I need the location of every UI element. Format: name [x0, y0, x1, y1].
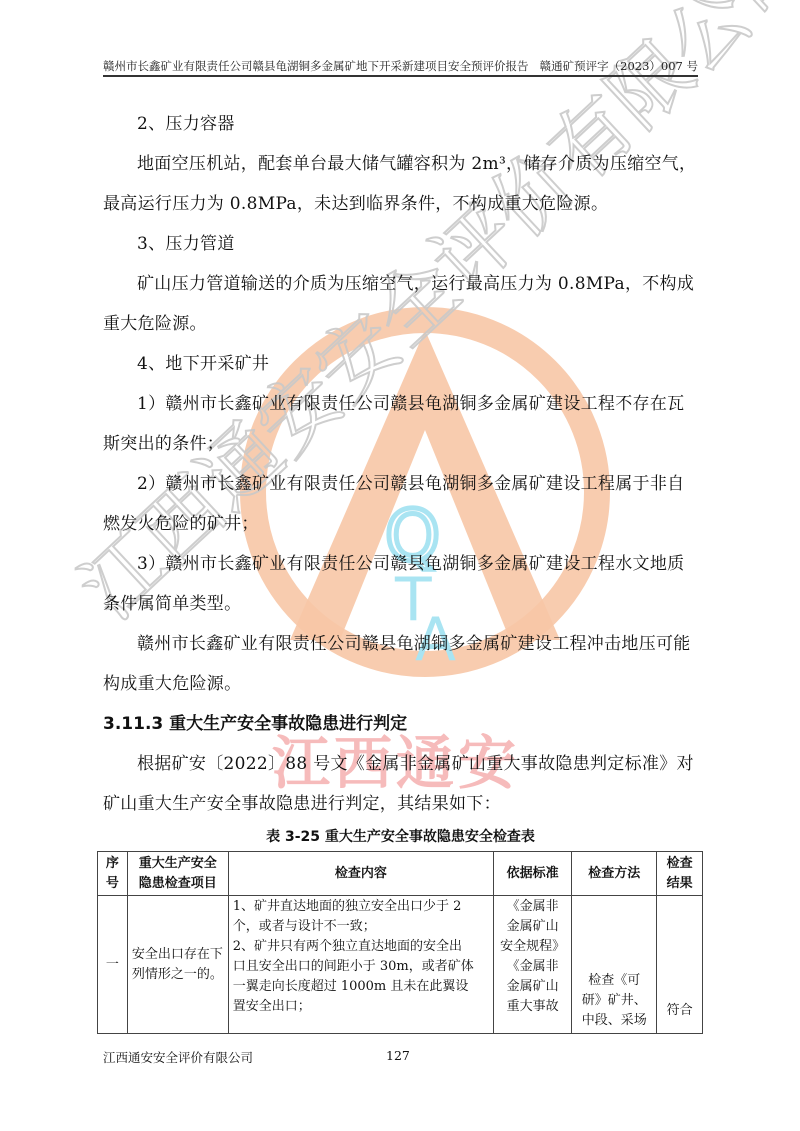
cell-result: 符合 — [657, 896, 703, 1034]
list-item-gas-outburst: 1）赣州市长鑫矿业有限责任公司赣县龟湖铜多金属矿建设工程不存在瓦斯突出的条件； — [103, 384, 698, 464]
header-content: 检查内容 — [228, 852, 493, 896]
list-item-spontaneous-combustion: 2）赣州市长鑫矿业有限责任公司赣县龟湖铜多金属矿建设工程属于非自燃发火危险的矿井… — [103, 464, 698, 544]
section-title-pressure-pipeline: 3、压力管道 — [103, 224, 698, 264]
section-title-underground-mine: 4、地下开采矿井 — [103, 344, 698, 384]
paragraph-judgement-basis: 根据矿安〔2022〕88 号文《金属非金属矿山重大事故隐患判定标准》对矿山重大生… — [103, 744, 698, 824]
page-content: 2、压力容器 地面空压机站，配套单台最大储气罐容积为 2m³，储存介质为压缩空气… — [103, 104, 698, 850]
cell-content: 1、矿井直达地面的独立安全出口少于 2 个，或者与设计不一致； 2、矿井只有两个… — [228, 896, 493, 1034]
cell-seq: 一 — [98, 896, 128, 1034]
header-method: 检查方法 — [572, 852, 657, 896]
header-basis: 依据标准 — [494, 852, 572, 896]
hazard-checklist-table: 序 号 重大生产安全 隐患检查项目 检查内容 依据标准 检查方法 检查 结果 一… — [97, 851, 703, 1034]
table-row: 一 安全出口存在下列情形之一的。 1、矿井直达地面的独立安全出口少于 2 个，或… — [98, 896, 703, 1034]
heading-3-11-3: 3.11.3 重大生产安全事故隐患进行判定 — [103, 704, 698, 744]
table-caption: 表 3-25 重大生产安全事故隐患安全检查表 — [103, 824, 698, 850]
section-title-pressure-vessel: 2、压力容器 — [103, 104, 698, 144]
paragraph-rock-burst: 赣州市长鑫矿业有限责任公司赣县龟湖铜多金属矿建设工程冲击地压可能构成重大危险源。 — [103, 624, 698, 704]
header-document-number: 赣通矿预评字（2023）007 号 — [540, 58, 698, 74]
paragraph-pressure-vessel: 地面空压机站，配套单台最大储气罐容积为 2m³，储存介质为压缩空气，最高运行压力… — [103, 144, 698, 224]
list-item-hydrogeology: 3）赣州市长鑫矿业有限责任公司赣县龟湖铜多金属矿建设工程水文地质条件属简单类型。 — [103, 544, 698, 624]
header-report-title: 赣州市长鑫矿业有限责任公司赣县龟湖铜多金属矿地下开采新建项目安全预评价报告 — [103, 58, 529, 74]
header-result: 检查 结果 — [657, 852, 703, 896]
header-item: 重大生产安全 隐患检查项目 — [127, 852, 228, 896]
cell-method: 检查《可 研》矿井、 中段、采场 — [572, 896, 657, 1034]
header-divider — [103, 75, 698, 77]
cell-item: 安全出口存在下列情形之一的。 — [127, 896, 228, 1034]
page-number: 127 — [386, 1048, 410, 1063]
table-header-row: 序 号 重大生产安全 隐患检查项目 检查内容 依据标准 检查方法 检查 结果 — [98, 852, 703, 896]
cell-basis: 《金属非 金属矿山 安全规程》 《金属非 金属矿山 重大事故 — [494, 896, 572, 1034]
paragraph-pressure-pipeline: 矿山压力管道输送的介质为压缩空气，运行最高压力为 0.8MPa，不构成重大危险源… — [103, 264, 698, 344]
footer-company: 江西通安安全评价有限公司 — [103, 1048, 253, 1066]
page-header: 赣州市长鑫矿业有限责任公司赣县龟湖铜多金属矿地下开采新建项目安全预评价报告 赣通… — [103, 56, 698, 74]
header-seq: 序 号 — [98, 852, 128, 896]
